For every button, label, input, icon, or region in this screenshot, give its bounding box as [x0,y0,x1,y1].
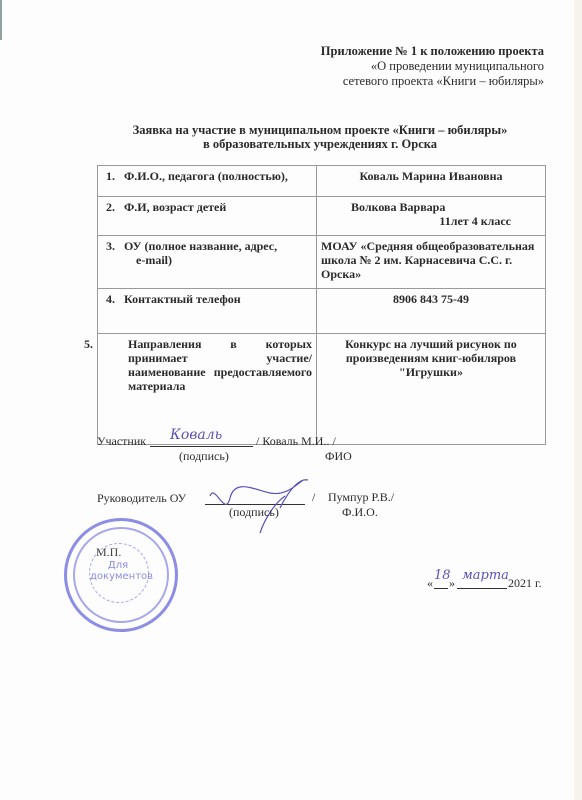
document-title: Заявка на участие в муниципальном проект… [100,123,540,151]
field-label: 1.Ф.И.О., педагога (полностью), [98,166,317,197]
appendix-line-3: сетевого проекта «Книги – юбиляры» [321,74,544,89]
title-line-2: в образовательных учреждениях г. Орска [100,137,540,151]
row-number: 2. [102,200,124,214]
appendix-header: Приложение № 1 к положению проекта «О пр… [321,44,544,89]
label-teacher-name: Ф.И.О., педагога (полностью), [124,169,288,183]
label-school-email: e-mail) [102,253,312,267]
title-line-1: Заявка на участие в муниципальном проект… [100,123,540,137]
table-row: 2.Ф.И, возраст детей Волкова Варвара11ле… [98,197,546,236]
label-phone: Контактный телефон [124,292,241,306]
appendix-line-2: «О проведении муниципального [321,59,544,74]
label-school: ОУ (полное название, адрес, [124,239,277,253]
director-name-caption: Ф.И.О. [342,505,378,519]
table-row: 4.Контактный телефон 8906 843 75-49 [98,289,546,334]
stamp-text: Для документов [90,560,146,582]
field-value: Коваль Марина Ивановна [317,166,546,197]
field-value: МОАУ «Средняя общеобразовательная школа … [317,236,546,289]
date-month: марта [462,568,509,583]
row-number: 1. [102,169,124,183]
table-row: 1.Ф.И.О., педагога (полностью), Коваль М… [98,166,546,197]
scan-edge-left [0,0,2,40]
director-label: Руководитель ОУ [97,491,186,505]
field-value: Волкова Варвара11лет 4 класс [317,197,546,236]
scan-edge-right [574,0,582,800]
label-direction: Направления в которых принимает участие/… [128,337,312,393]
participant-signature-caption: (подпись) [179,449,229,463]
date-close-quote: » [449,576,455,590]
table-row: 5.Направления в которых принимает участи… [98,334,546,445]
field-label: 3.ОУ (полное название, адрес,e-mail) [98,236,317,289]
field-label: 4.Контактный телефон [98,289,317,334]
director-name: Пумпур Р.В./ [328,490,394,504]
application-form-table: 1.Ф.И.О., педагога (полностью), Коваль М… [97,165,546,445]
label-child-name-age: Ф.И, возраст детей [124,200,226,214]
value-school: МОАУ «Средняя общеобразовательная школа … [321,239,534,281]
date-year: 2021 г. [508,576,542,590]
row-number: 5. [106,337,128,351]
field-label: 2.Ф.И, возраст детей [98,197,317,236]
director-signature-caption: (подпись) [229,505,279,519]
field-value: 8906 843 75-49 [317,289,546,334]
participant-name: / Коваль М.И.. / [256,434,336,448]
participant-name-caption: ФИО [325,449,352,463]
value-teacher-name: Коваль Марина Ивановна [359,169,502,183]
row-number: 3. [102,239,124,253]
participant-signature: Коваль [170,427,222,443]
table-row: 3.ОУ (полное название, адрес,e-mail) МОА… [98,236,546,289]
date-open-quote: « [427,576,433,590]
value-child-name: Волкова Варвара [321,200,541,214]
value-phone: 8906 843 75-49 [393,292,469,306]
row-number: 4. [102,292,124,306]
director-slash: / [312,490,315,504]
value-direction: Конкурс на лучший рисунок по произведени… [345,337,517,379]
stamp-mp: М.П. [96,545,121,560]
appendix-line-1: Приложение № 1 к положению проекта [321,44,544,59]
value-child-age: 11лет 4 класс [321,214,541,228]
participant-label: Участник [97,434,146,448]
field-value: Конкурс на лучший рисунок по произведени… [317,334,546,445]
